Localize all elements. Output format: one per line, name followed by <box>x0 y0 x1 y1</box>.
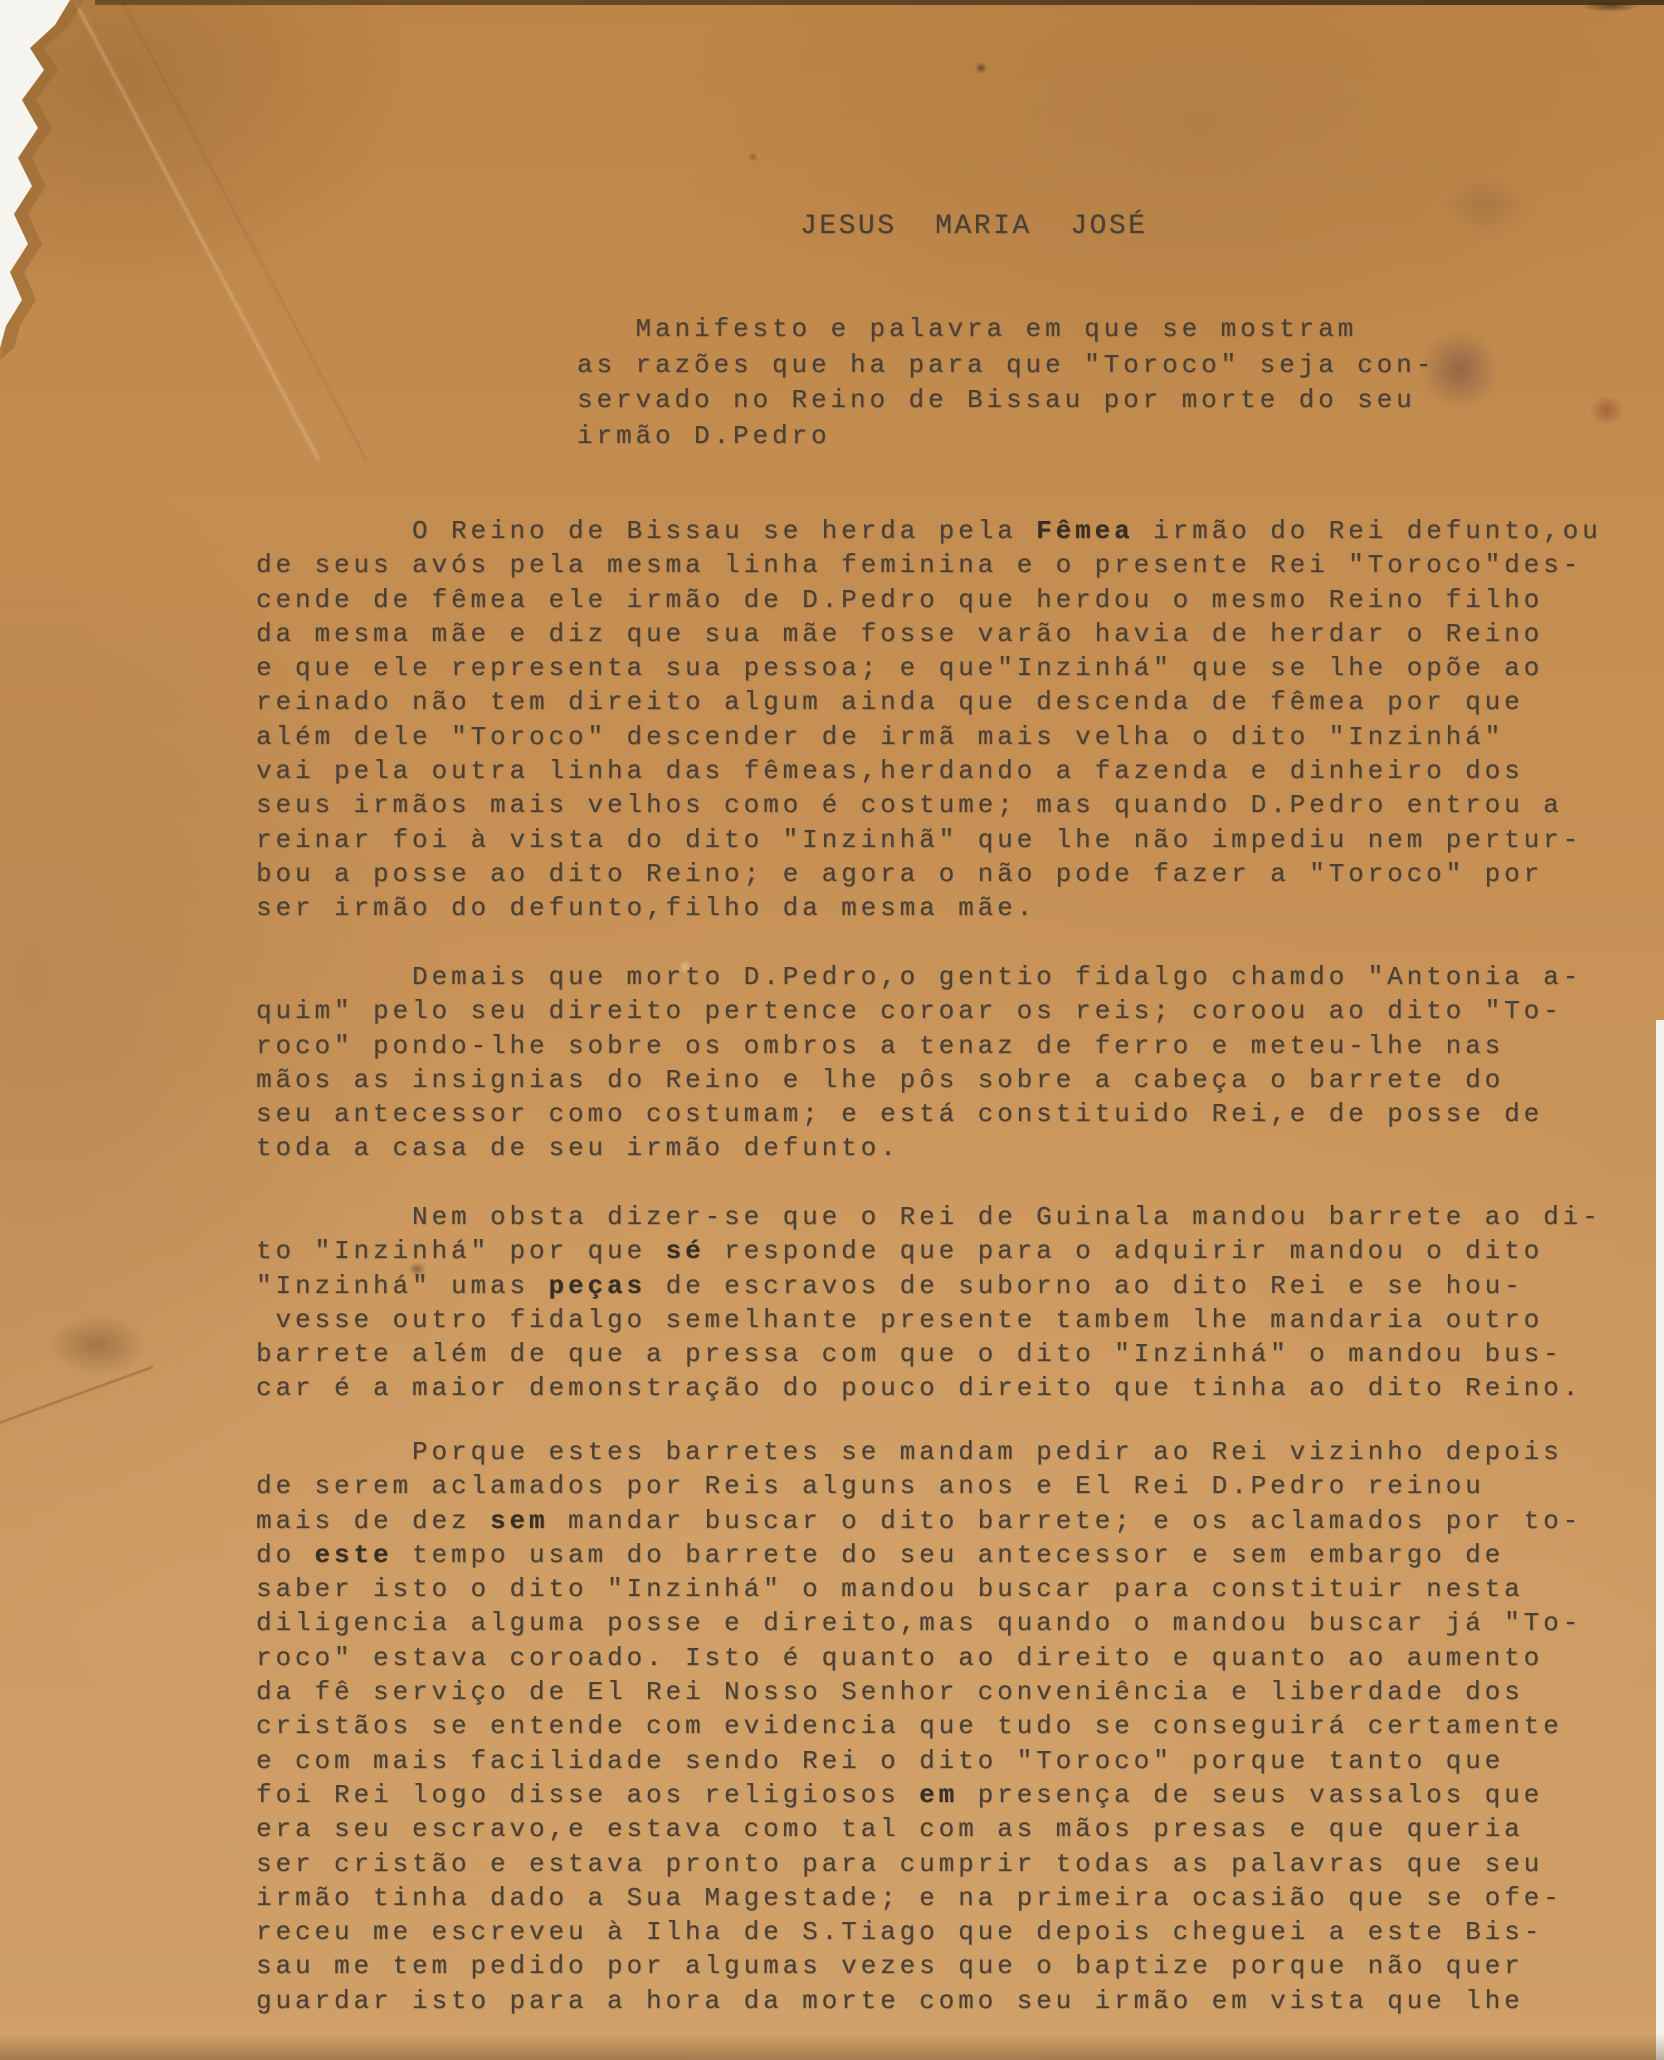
scan-right-edge <box>1656 1020 1664 2060</box>
paragraph-3: Nem obsta dizer-se que o Rei de Guinala … <box>256 1200 1602 1406</box>
scan-bottom-shadow <box>0 2034 1664 2060</box>
scan-top-edge <box>95 0 1664 5</box>
scanned-document-page: JESUS MARIA JOSÉ Manifesto e palavra em … <box>0 0 1664 2060</box>
paper-stain <box>748 152 758 162</box>
paper-stain <box>975 62 987 74</box>
paragraph-2: Demais que morto D.Pedro,o gentio fidalg… <box>256 960 1582 1166</box>
paragraph-1: O Reino de Bissau se herda pela Fêmea ir… <box>256 514 1602 926</box>
paper-stain <box>1440 175 1530 235</box>
paper-stain <box>1590 395 1624 425</box>
paper-stain <box>48 1315 148 1375</box>
document-title: JESUS MARIA JOSÉ <box>800 210 1147 244</box>
paragraph-4: Porque estes barretes se mandam pedir ao… <box>256 1435 1582 2018</box>
document-subtitle: Manifesto e palavra em que se mostram as… <box>577 312 1435 454</box>
